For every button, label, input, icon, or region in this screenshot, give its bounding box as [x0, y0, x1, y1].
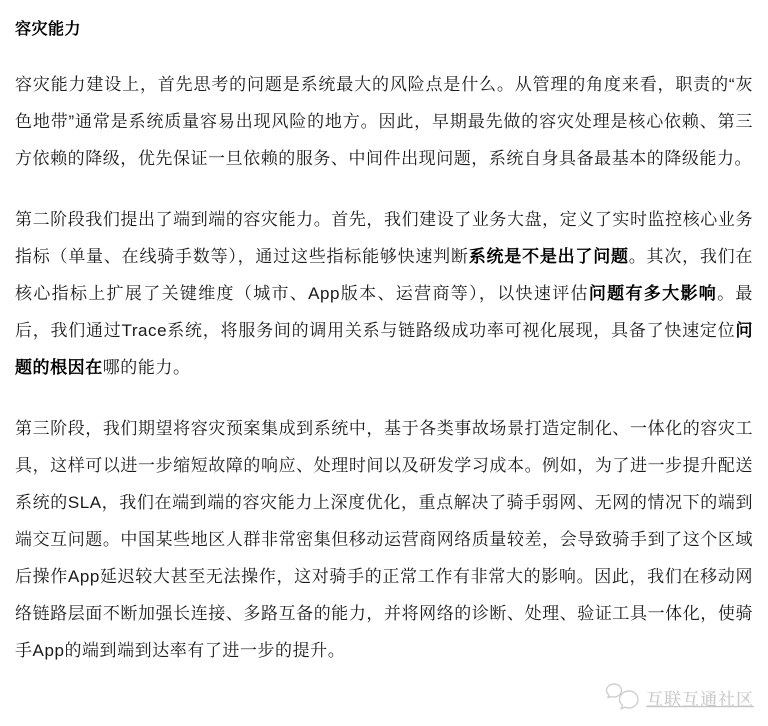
paragraphs: 容灾能力建设上，首先思考的问题是系统最大的风险点是什么。从管理的角度来看，职责的… — [15, 66, 753, 669]
body-text: 第三阶段，我们期望将容灾预案集成到系统中，基于各类事故场景打造定制化、一体化的容… — [15, 419, 753, 660]
article-title: 容灾能力 — [15, 20, 753, 40]
article-body: 容灾能力 容灾能力建设上，首先思考的问题是系统最大的风险点是什么。从管理的角度来… — [0, 0, 768, 669]
paragraph: 第二阶段我们提出了端到端的容灾能力。首先，我们建设了业务大盘，定义了实时监控核心… — [15, 201, 753, 386]
chat-bubbles-icon — [605, 682, 641, 712]
body-text: 容灾能力建设上，首先思考的问题是系统最大的风险点是什么。从管理的角度来看，职责的… — [15, 75, 753, 168]
bold-text: 系统是不是出了问题 — [469, 247, 629, 266]
paragraph: 容灾能力建设上，首先思考的问题是系统最大的风险点是什么。从管理的角度来看，职责的… — [15, 66, 753, 177]
bold-text: 问题有多大影响 — [589, 284, 717, 303]
paragraph: 第三阶段，我们期望将容灾预案集成到系统中，基于各类事故场景打造定制化、一体化的容… — [15, 410, 753, 669]
body-text: 哪的能力。 — [103, 358, 191, 377]
watermark: 互联互通社区 — [605, 682, 754, 712]
watermark-label: 互联互通社区 — [646, 685, 754, 710]
